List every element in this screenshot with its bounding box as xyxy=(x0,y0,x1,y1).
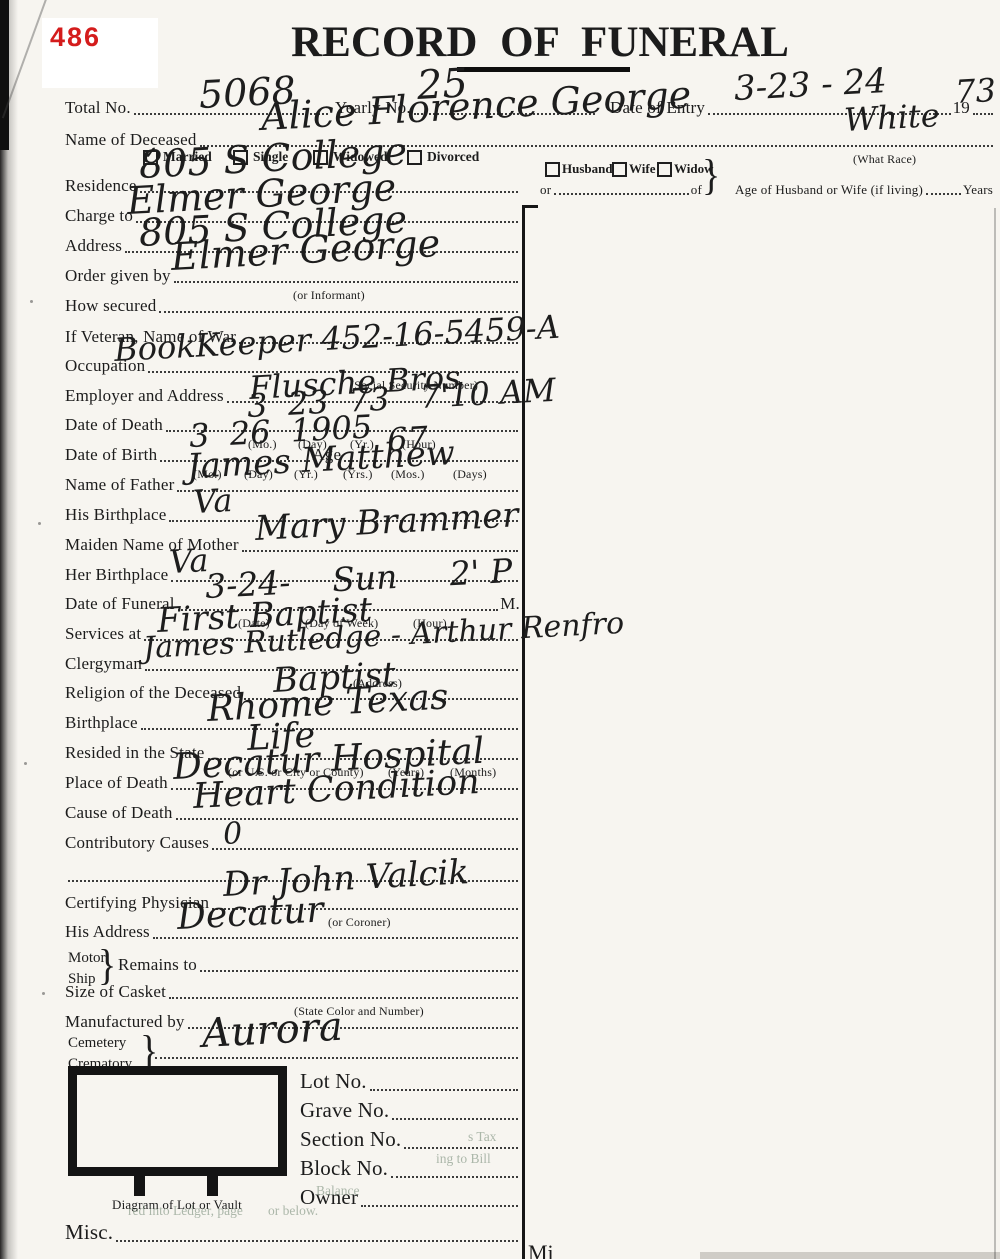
section-no-label: Section No. xyxy=(300,1129,401,1152)
contributory-line xyxy=(212,844,518,850)
bleedthrough-text: ing to Bill xyxy=(436,1151,491,1167)
lot-diagram-foot-right xyxy=(207,1172,218,1196)
column-divider xyxy=(522,206,525,1259)
bleedthrough-text: s Tax xyxy=(468,1129,496,1145)
birthplace-label: Birthplace xyxy=(65,714,138,733)
remains-to-label: Remains to xyxy=(118,956,197,975)
speck xyxy=(42,992,45,995)
or-label: or xyxy=(540,183,551,198)
lot-diagram-box xyxy=(68,1066,287,1176)
spouse-age-label: Age of Husband or Wife (if living) xyxy=(735,183,923,198)
services-at-label: Services at xyxy=(65,625,141,644)
address-label: Address xyxy=(65,237,122,256)
of-label: of xyxy=(691,183,702,198)
order-given-by-line xyxy=(174,277,518,283)
title-underline xyxy=(457,67,630,72)
his-birthplace-label: His Birthplace xyxy=(65,506,166,525)
date-of-birth-label: Date of Birth xyxy=(65,446,157,465)
field-lot-no: Lot No. xyxy=(300,1068,520,1094)
her-birthplace-label: Her Birthplace xyxy=(65,566,168,585)
employer-label: Employer and Address xyxy=(65,387,224,406)
speck xyxy=(30,300,33,303)
birthplace-line xyxy=(141,724,518,730)
his-birthplace-value: Va xyxy=(192,484,233,518)
cause-of-death-label: Cause of Death xyxy=(65,804,173,823)
left-edge-dark-top xyxy=(0,0,9,150)
lot-no-label: Lot No. xyxy=(300,1071,367,1094)
owner-line xyxy=(361,1201,518,1207)
funeral-record-page: 486 RECORD OF FUNERAL Total No. Yearly N… xyxy=(0,0,1000,1259)
left-edge-shadow xyxy=(0,0,18,1259)
or-line xyxy=(554,189,689,195)
father-label: Name of Father xyxy=(65,476,174,495)
cemetery-label: Cemetery xyxy=(68,1035,126,1052)
grave-no-line xyxy=(392,1114,518,1120)
field-misc: Misc. xyxy=(65,1219,520,1245)
block-no-label: Block No. xyxy=(300,1158,388,1181)
race-value: White xyxy=(843,99,940,136)
column-divider-tick xyxy=(522,205,538,208)
field-how-secured: How secured xyxy=(65,290,520,316)
date-of-death-label: Date of Death xyxy=(65,416,163,435)
lot-no-line xyxy=(370,1085,518,1091)
manufactured-by-label: Manufactured by xyxy=(65,1013,185,1032)
his-address-label: His Address xyxy=(65,923,150,942)
divorced-label: Divorced xyxy=(427,149,479,165)
his-address-value: Decatur xyxy=(176,892,324,936)
her-birthplace-value: Va xyxy=(168,544,209,578)
section-no-line xyxy=(404,1143,518,1149)
order-given-by-label: Order given by xyxy=(65,267,171,286)
how-secured-label: How secured xyxy=(65,297,156,316)
spouse-age-line xyxy=(926,189,961,195)
grave-no-label: Grave No. xyxy=(300,1100,389,1123)
casket-label: Size of Casket xyxy=(65,983,166,1002)
field-remains-to: Remains to xyxy=(118,949,520,975)
contributory-value: 0 xyxy=(222,819,243,850)
field-spouse-or-of: orof xyxy=(540,172,702,198)
misc-right-partial: Mi xyxy=(528,1240,554,1259)
what-race-caption: (What Race) xyxy=(853,152,916,167)
charge-to-label: Charge to xyxy=(65,207,133,226)
total-no-label: Total No. xyxy=(65,99,131,118)
years-suffix: Years xyxy=(963,183,993,198)
entry-year-value: 73 xyxy=(954,74,996,108)
speck xyxy=(38,522,41,525)
bottom-edge-band xyxy=(700,1252,1000,1259)
remains-to-line xyxy=(200,966,518,972)
field-spouse-age: Age of Husband or Wife (if living)Years xyxy=(735,172,993,198)
page-number: 486 xyxy=(50,22,101,53)
bleedthrough-text: or below. xyxy=(268,1203,318,1219)
cemetery-value: Aurora xyxy=(201,1007,344,1054)
bleedthrough-text: red into Ledger, page xyxy=(128,1203,243,1219)
field-contributory: Contributory Causes xyxy=(65,827,520,853)
clergyman-label: Clergyman xyxy=(65,655,142,674)
right-edge-line xyxy=(994,208,996,1259)
speck xyxy=(24,762,27,765)
field-casket: Size of Casket xyxy=(65,976,520,1002)
page-title: RECORD OF FUNERAL xyxy=(240,18,840,67)
contributory-label: Contributory Causes xyxy=(65,834,209,853)
field-grave-no: Grave No. xyxy=(300,1097,520,1123)
casket-line xyxy=(169,993,518,999)
misc-label: Misc. xyxy=(65,1222,113,1245)
checkbox-divorced: Divorced xyxy=(407,149,479,165)
lot-diagram-foot-left xyxy=(134,1172,145,1196)
block-no-line xyxy=(391,1172,518,1178)
bleedthrough-text: Balance xyxy=(316,1183,359,1199)
place-of-death-label: Place of Death xyxy=(65,774,168,793)
mother-label: Maiden Name of Mother xyxy=(65,536,239,555)
divorced-checkbox xyxy=(407,150,422,165)
spouse-brace: } xyxy=(702,153,720,197)
misc-line xyxy=(116,1236,518,1242)
